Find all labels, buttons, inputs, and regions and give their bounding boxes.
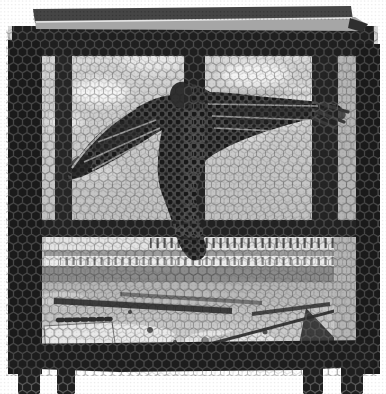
cage-lid [33,6,368,32]
caged-bird-photo [0,0,386,394]
photo-svg [0,0,386,394]
halftone-texture [0,0,386,394]
